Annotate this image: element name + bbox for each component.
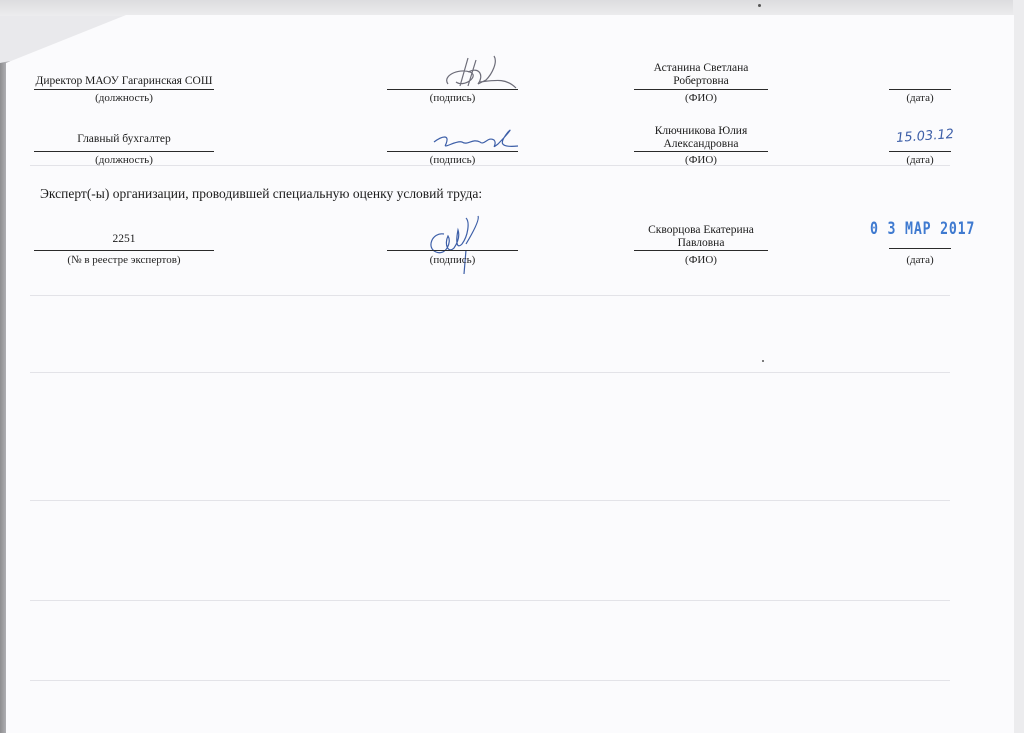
position-field-director: Директор МАОУ Гагаринская СОШ xyxy=(34,61,214,88)
name-value: Скворцова Екатерина Павловна xyxy=(634,224,768,250)
name-caption: (ФИО) xyxy=(634,254,768,266)
bleed-through-line xyxy=(30,600,950,601)
position-caption: (должность) xyxy=(34,92,214,104)
signature-caption: (подпись) xyxy=(387,254,518,266)
scanner-background-strip xyxy=(0,0,1024,16)
experts-heading: Эксперт(-ы) организации, проводившей спе… xyxy=(40,186,482,202)
signature-underline xyxy=(387,89,518,90)
signature-caption: (подпись) xyxy=(387,92,518,104)
date-caption: (дата) xyxy=(879,92,961,104)
date-underline xyxy=(889,248,951,249)
bleed-through-line xyxy=(30,372,950,373)
position-underline xyxy=(34,151,214,152)
name-underline xyxy=(634,89,768,90)
name-field-accountant: Ключникова Юлия Александровна xyxy=(634,119,768,151)
registry-underline xyxy=(34,250,214,251)
registry-number-value: 2251 xyxy=(34,233,214,246)
name-caption: (ФИО) xyxy=(634,154,768,166)
registry-caption: (№ в реестре экспертов) xyxy=(34,254,214,266)
signature-expert-icon xyxy=(422,214,492,276)
name-field-expert: Скворцова Екатерина Павловна xyxy=(634,218,768,250)
scan-speck xyxy=(758,4,761,7)
position-value: Главный бухгалтер xyxy=(34,133,214,146)
date-underline xyxy=(889,89,951,90)
date-caption: (дата) xyxy=(879,154,961,166)
name-underline xyxy=(634,250,768,251)
name-value: Ключникова Юлия Александровна xyxy=(634,125,768,151)
bleed-through-line xyxy=(30,500,950,501)
signature-underline xyxy=(387,250,518,251)
position-caption: (должность) xyxy=(34,154,214,166)
signature-underline xyxy=(387,151,518,152)
position-underline xyxy=(34,89,214,90)
scan-speck xyxy=(762,360,764,362)
date-stamp: 0 3 МАР 2017 xyxy=(870,219,975,239)
name-field-director: Астанина Светлана Робертовна xyxy=(634,56,768,88)
name-value: Астанина Светлана Робертовна xyxy=(634,62,768,88)
name-caption: (ФИО) xyxy=(634,92,768,104)
bleed-through-line xyxy=(30,295,950,296)
date-field-director xyxy=(889,70,951,87)
position-field-accountant: Главный бухгалтер xyxy=(34,130,214,146)
registry-number-field: 2251 xyxy=(34,230,214,246)
signature-director-icon xyxy=(440,50,520,90)
bleed-through-line xyxy=(30,680,950,681)
date-caption: (дата) xyxy=(879,254,961,266)
signature-caption: (подпись) xyxy=(387,154,518,166)
position-value: Директор МАОУ Гагаринская СОШ xyxy=(34,75,214,88)
date-underline xyxy=(889,151,951,152)
scanner-background-edge xyxy=(1013,0,1024,733)
name-underline xyxy=(634,151,768,152)
signature-accountant-icon xyxy=(428,122,523,154)
